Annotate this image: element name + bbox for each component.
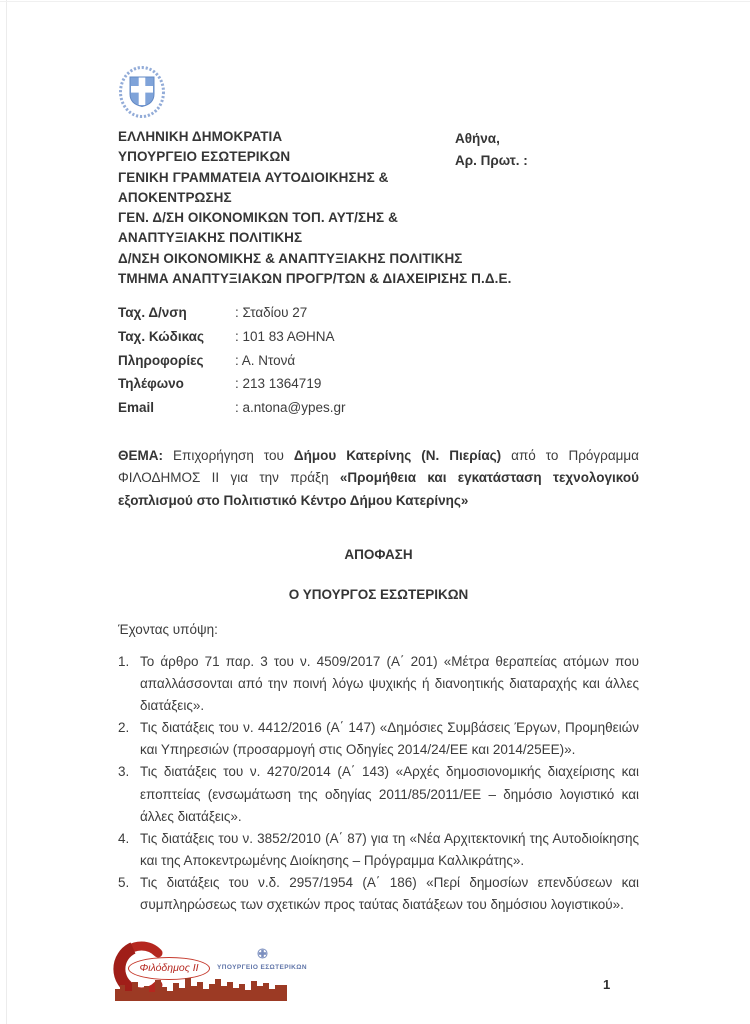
decision-title: ΑΠΟΦΑΣΗ — [118, 547, 639, 562]
contact-row: Πληροφορίες : Α. Ντονά — [118, 349, 538, 373]
header-line: ΤΜΗΜΑ ΑΝΑΠΤΥΞΙΑΚΩΝ ΠΡΟΓΡ/ΤΩΝ & ΔΙΑΧΕΙΡΙΣ… — [118, 269, 458, 289]
contact-row: Email : a.ntona@ypes.gr — [118, 396, 538, 420]
contact-label: Ταχ. Δ/νση — [118, 301, 235, 325]
ministry-mini-emblem-icon — [217, 946, 307, 964]
contact-value: : Σταδίου 27 — [235, 301, 307, 325]
contact-label: Πληροφορίες — [118, 349, 235, 373]
list-item: 1. Το άρθρο 71 παρ. 3 του ν. 4509/2017 (… — [118, 651, 639, 717]
list-item-number: 4. — [118, 828, 140, 872]
header-line: ΕΛΛΗΝΙΚΗ ΔΗΜΟΚΡΑΤΙΑ — [118, 127, 458, 147]
ministry-mini-logo: ΥΠΟΥΡΓΕΙΟ ΕΣΩΤΕΡΙΚΩΝ — [217, 946, 307, 971]
scan-edge-left — [6, 0, 7, 1024]
subject-label: ΘΕΜΑ: — [118, 448, 163, 463]
protocol-number-label: Αρ. Πρωτ. : — [455, 150, 528, 172]
header-line: Δ/ΝΣΗ ΟΙΚΟΝΟΜΙΚΗΣ & ΑΝΑΠΤΥΞΙΑΚΗΣ ΠΟΛΙΤΙΚ… — [118, 249, 458, 269]
list-item-number: 1. — [118, 651, 140, 717]
contact-row: Ταχ. Δ/νση : Σταδίου 27 — [118, 301, 538, 325]
page-number: 1 — [603, 977, 610, 992]
list-item: 5. Τις διατάξεις του ν.δ. 2957/1954 (Α΄ … — [118, 872, 639, 916]
subject-text: Επιχορήγηση του — [173, 448, 284, 463]
ministry-mini-label: ΥΠΟΥΡΓΕΙΟ ΕΣΩΤΕΡΙΚΩΝ — [217, 964, 307, 971]
list-item-text: Το άρθρο 71 παρ. 3 του ν. 4509/2017 (Α΄ … — [140, 651, 639, 717]
list-item-text: Τις διατάξεις του ν.δ. 2957/1954 (Α΄ 186… — [140, 872, 639, 916]
city-skyline-icon — [115, 974, 287, 1006]
date-protocol-block: Αθήνα, Αρ. Πρωτ. : — [455, 128, 528, 172]
list-item-number: 5. — [118, 872, 140, 916]
legal-references-list: 1. Το άρθρο 71 παρ. 3 του ν. 4509/2017 (… — [118, 651, 639, 916]
contact-block: Ταχ. Δ/νση : Σταδίου 27 Ταχ. Κώδικας : 1… — [118, 301, 538, 420]
filodimos-program-logo: Φιλόδημος ΙΙ ΥΠΟΥΡΓΕΙΟ ΕΣΩΤΕΡΙΚΩΝ — [113, 940, 293, 1006]
contact-label: Ταχ. Κώδικας — [118, 325, 235, 349]
city-label: Αθήνα, — [455, 128, 528, 150]
list-item-number: 2. — [118, 717, 140, 761]
header-line: ΑΝΑΠΤΥΞΙΑΚΗΣ ΠΟΛΙΤΙΚΗΣ — [118, 228, 458, 248]
ministry-header-block: ΕΛΛΗΝΙΚΗ ΔΗΜΟΚΡΑΤΙΑ ΥΠΟΥΡΓΕΙΟ ΕΣΩΤΕΡΙΚΩΝ… — [118, 127, 458, 289]
hellenic-republic-emblem-icon — [116, 64, 168, 127]
list-item: 3. Τις διατάξεις του ν. 4270/2014 (Α΄ 14… — [118, 761, 639, 827]
contact-label: Τηλέφωνο — [118, 372, 235, 396]
list-item-text: Τις διατάξεις του ν. 4270/2014 (Α΄ 143) … — [140, 761, 639, 827]
list-item-text: Τις διατάξεις του ν. 3852/2010 (Α΄ 87) γ… — [140, 828, 639, 872]
contact-value: : Α. Ντονά — [235, 349, 295, 373]
contact-value: : 101 83 ΑΘΗΝΑ — [235, 325, 335, 349]
subject-paragraph: ΘΕΜΑ: Επιχορήγηση του Δήμου Κατερίνης (Ν… — [118, 445, 639, 512]
list-item: 4. Τις διατάξεις του ν. 3852/2010 (Α΄ 87… — [118, 828, 639, 872]
header-line: ΓΕΝ. Δ/ΣΗ ΟΙΚΟΝΟΜΙΚΩΝ ΤΟΠ. ΑΥΤ/ΣΗΣ & — [118, 208, 458, 228]
header-line: ΓΕΝΙΚΗ ΓΡΑΜΜΑΤΕΙΑ ΑΥΤΟΔΙΟΙΚΗΣΗΣ & — [118, 168, 458, 188]
document-page: ΕΛΛΗΝΙΚΗ ΔΗΜΟΚΡΑΤΙΑ ΥΠΟΥΡΓΕΙΟ ΕΣΩΤΕΡΙΚΩΝ… — [0, 0, 750, 1024]
list-item: 2. Τις διατάξεις του ν. 4412/2016 (Α΄ 14… — [118, 717, 639, 761]
decision-intro: Έχοντας υπόψη: — [118, 622, 218, 637]
contact-row: Τηλέφωνο : 213 1364719 — [118, 372, 538, 396]
contact-row: Ταχ. Κώδικας : 101 83 ΑΘΗΝΑ — [118, 325, 538, 349]
header-line: ΥΠΟΥΡΓΕΙΟ ΕΣΩΤΕΡΙΚΩΝ — [118, 147, 458, 167]
contact-value: : 213 1364719 — [235, 372, 321, 396]
contact-label: Email — [118, 396, 235, 420]
scan-edge-top — [0, 1, 750, 2]
decision-subtitle: Ο ΥΠΟΥΡΓΟΣ ΕΣΩΤΕΡΙΚΩΝ — [118, 587, 639, 602]
subject-municipality: Δήμου Κατερίνης (Ν. Πιερίας) — [294, 448, 501, 463]
list-item-number: 3. — [118, 761, 140, 827]
list-item-text: Τις διατάξεις του ν. 4412/2016 (Α΄ 147) … — [140, 717, 639, 761]
contact-value: : a.ntona@ypes.gr — [235, 396, 346, 420]
header-line: ΑΠΟΚΕΝΤΡΩΣΗΣ — [118, 188, 458, 208]
